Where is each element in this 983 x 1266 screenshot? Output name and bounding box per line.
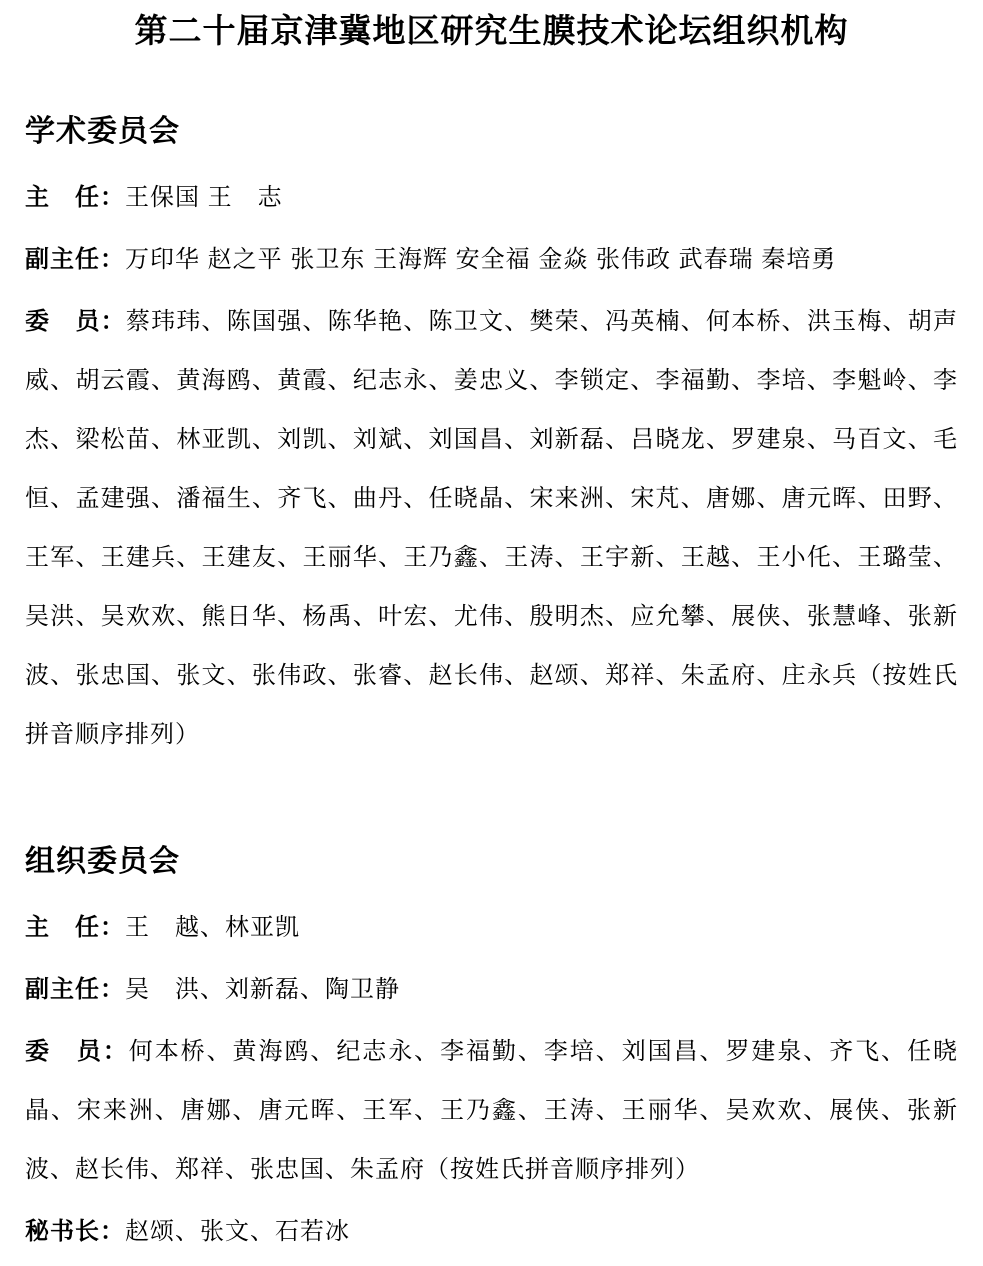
row-secretary-general: 秘书长：赵颂、张文、石若冰 xyxy=(25,1202,958,1261)
row-label-deputy-directors: 副主任： xyxy=(25,976,125,1003)
row-content-members: 蔡玮玮、陈国强、陈华艳、陈卫文、樊荣、冯英楠、何本桥、洪玉梅、胡声威、胡云霞、黄… xyxy=(25,308,958,748)
row-academic-deputy-directors: 副主任：万印华 赵之平 张卫东 王海辉 安全福 金焱 张伟政 武春瑞 秦培勇 xyxy=(25,230,958,289)
section-academic-committee: 学术委员会 主 任：王保国 王 志 副主任：万印华 赵之平 张卫东 王海辉 安全… xyxy=(25,112,958,764)
row-label-director: 主 任： xyxy=(25,184,125,211)
row-content-deputy-directors: 万印华 赵之平 张卫东 王海辉 安全福 金焱 张伟政 武春瑞 秦培勇 xyxy=(125,246,836,273)
row-label-members: 委 员： xyxy=(25,308,126,335)
row-organizing-deputy-directors: 副主任：吴 洪、刘新磊、陶卫静 xyxy=(25,960,958,1019)
academic-committee-rows: 主 任：王保国 王 志 副主任：万印华 赵之平 张卫东 王海辉 安全福 金焱 张… xyxy=(25,168,958,764)
row-content-deputy-directors: 吴 洪、刘新磊、陶卫静 xyxy=(125,976,400,1003)
row-content-members: 何本桥、黄海鸥、纪志永、李福勤、李培、刘国昌、罗建泉、齐飞、任晓晶、宋来洲、唐娜… xyxy=(25,1038,958,1183)
organizing-committee-rows: 主 任：王 越、林亚凯 副主任：吴 洪、刘新磊、陶卫静 委 员：何本桥、黄海鸥、… xyxy=(25,898,958,1261)
row-content-secretary-general: 赵颂、张文、石若冰 xyxy=(125,1218,350,1245)
row-label-director: 主 任： xyxy=(25,914,125,941)
section-heading-organizing-committee: 组织委员会 xyxy=(25,842,958,881)
row-label-members: 委 员： xyxy=(25,1038,129,1065)
row-content-director: 王 越、林亚凯 xyxy=(125,914,300,941)
row-content-director: 王保国 王 志 xyxy=(125,184,283,211)
row-academic-director: 主 任：王保国 王 志 xyxy=(25,168,958,227)
row-label-deputy-directors: 副主任： xyxy=(25,246,125,273)
row-label-secretary-general: 秘书长： xyxy=(25,1218,125,1245)
section-organizing-committee: 组织委员会 主 任：王 越、林亚凯 副主任：吴 洪、刘新磊、陶卫静 委 员：何本… xyxy=(25,842,958,1261)
row-academic-members: 委 员：蔡玮玮、陈国强、陈华艳、陈卫文、樊荣、冯英楠、何本桥、洪玉梅、胡声威、胡… xyxy=(25,292,958,764)
document-title: 第二十届京津冀地区研究生膜技术论坛组织机构 xyxy=(25,8,958,54)
row-organizing-director: 主 任：王 越、林亚凯 xyxy=(25,898,958,957)
row-organizing-members: 委 员：何本桥、黄海鸥、纪志永、李福勤、李培、刘国昌、罗建泉、齐飞、任晓晶、宋来… xyxy=(25,1022,958,1199)
section-heading-academic-committee: 学术委员会 xyxy=(25,112,958,151)
